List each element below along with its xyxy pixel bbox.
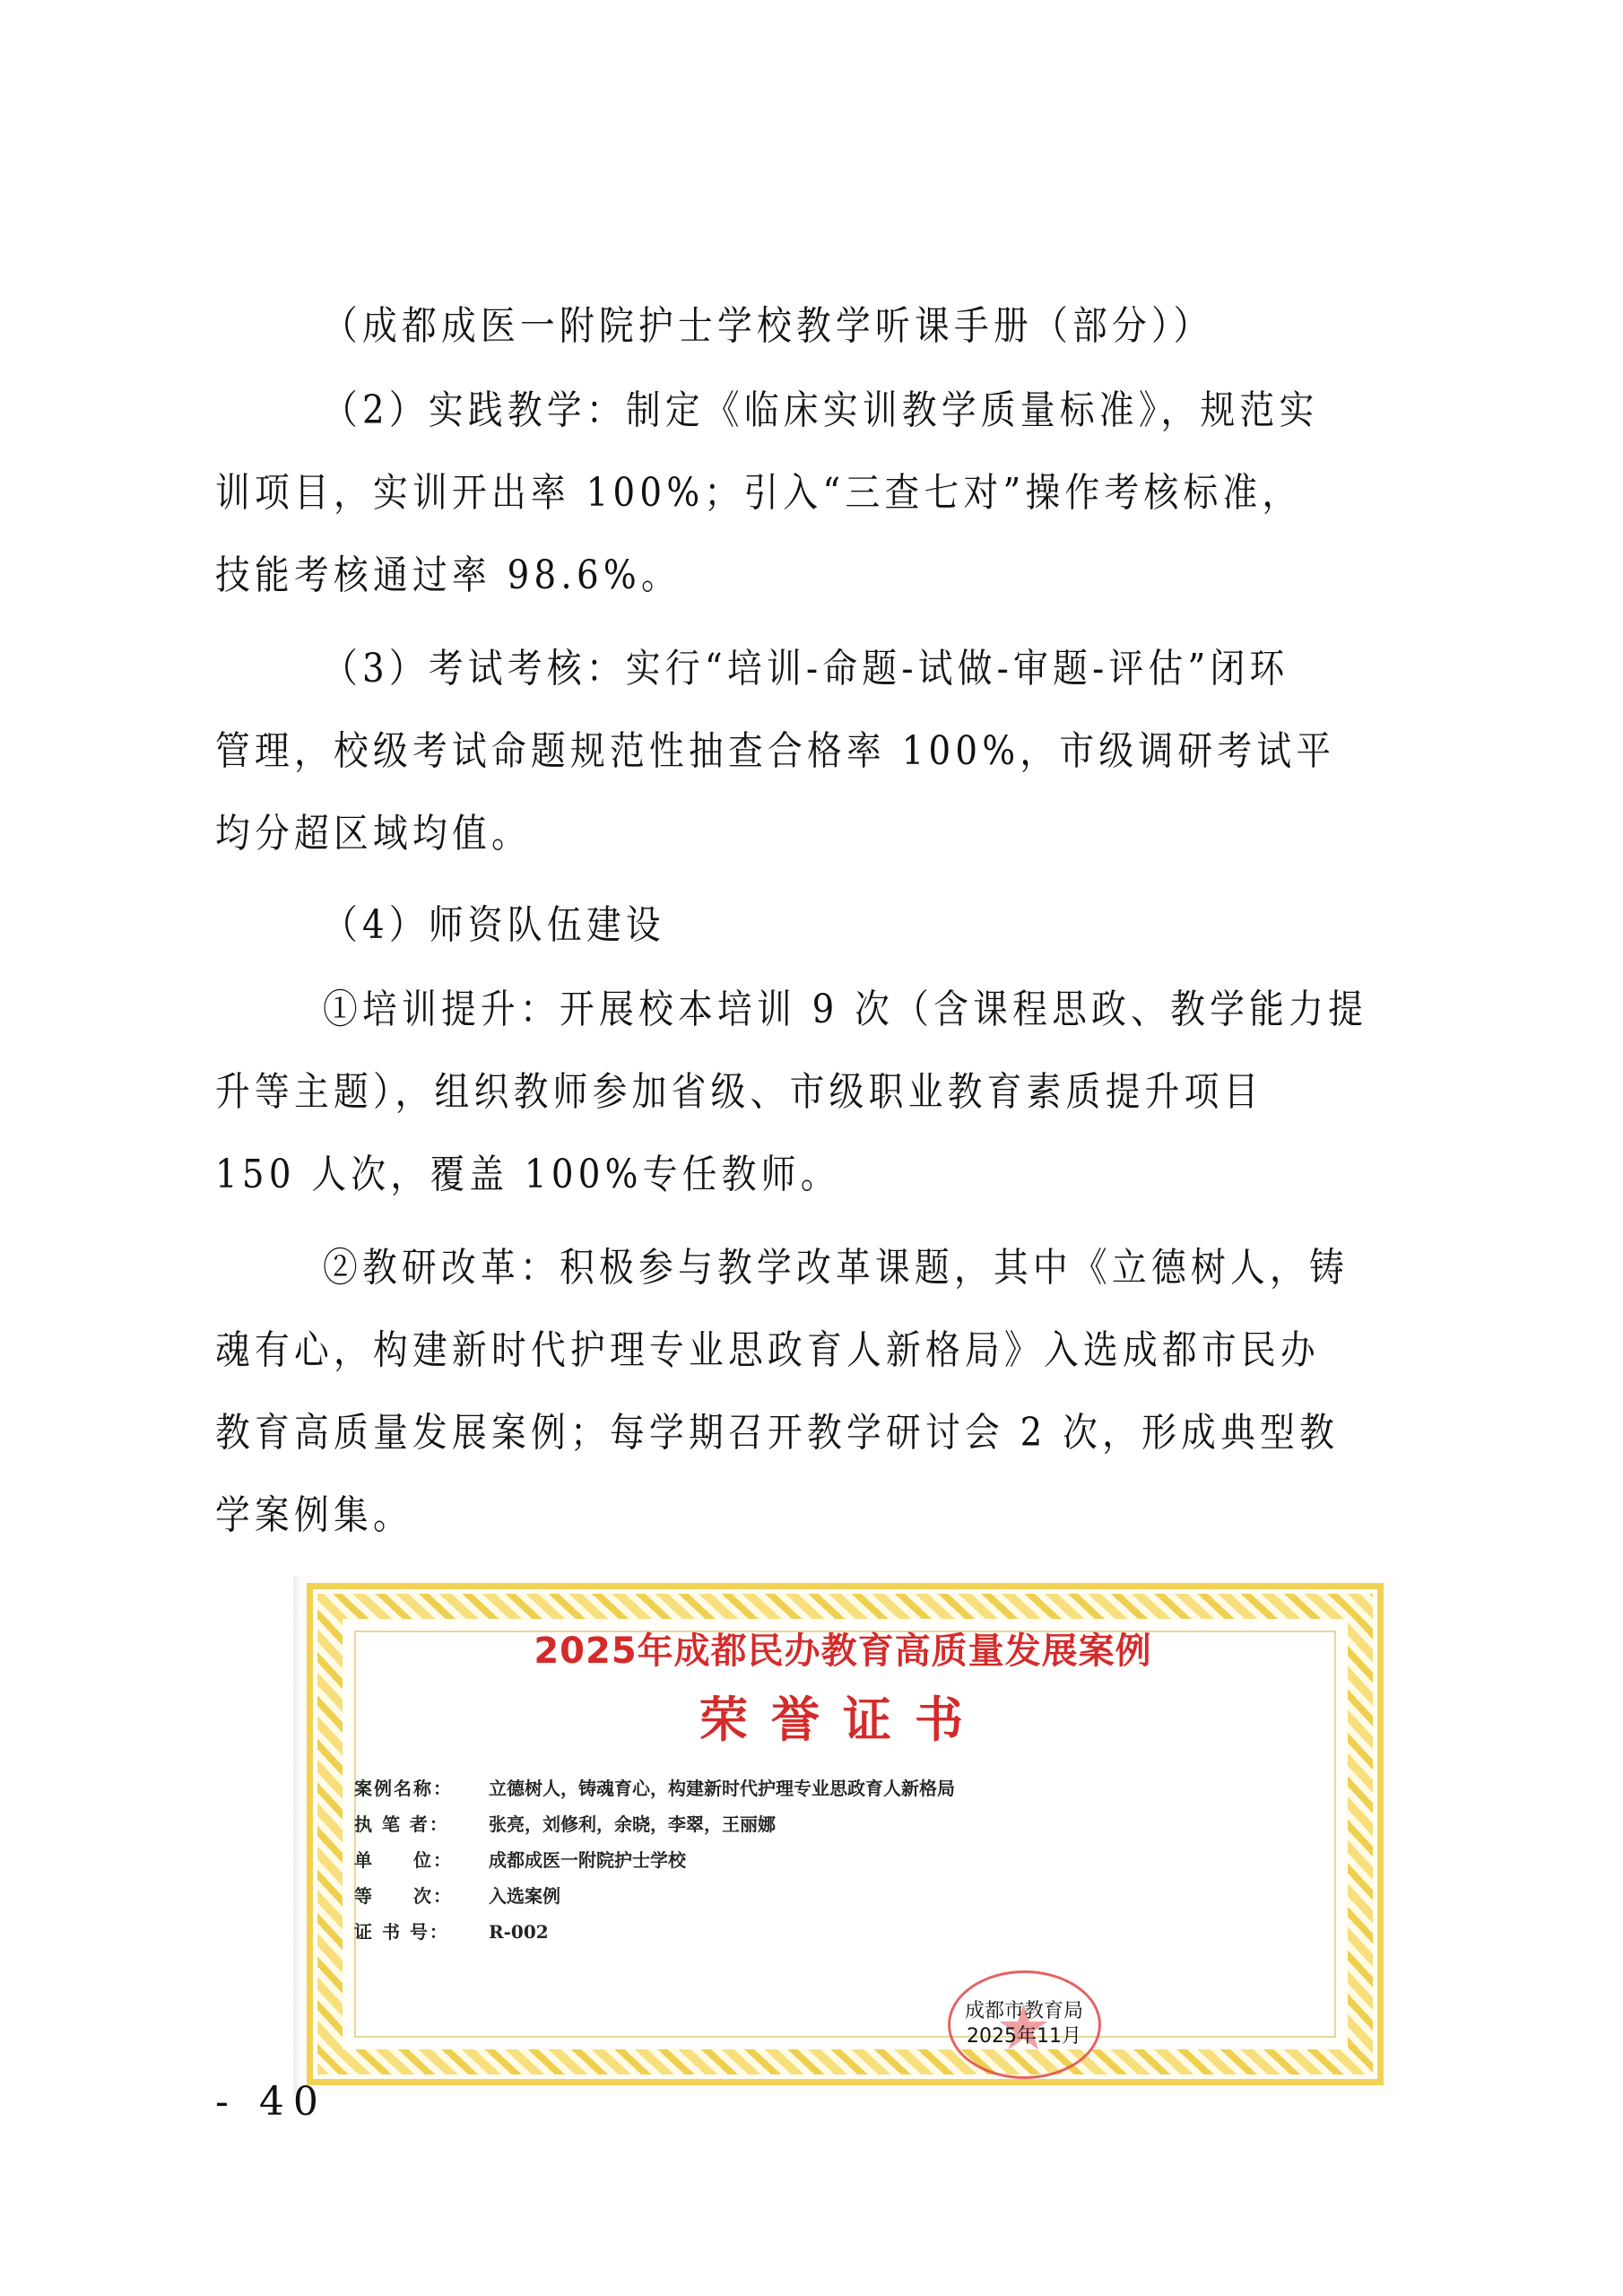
text-line: 教育高质量发展案例；每学期召开教学研讨会 2 次，形成典型教 xyxy=(215,1408,1339,1458)
field-value: 入选案例 xyxy=(489,1885,560,1907)
certificate-heading: 荣誉证书 xyxy=(293,1682,1393,1751)
text-line: 150 人次，覆盖 100%专任教师。 xyxy=(215,1150,840,1200)
text-line: （3）考试考核：实行“培训-命题-试做-审题-评估”闭环 xyxy=(323,644,1289,694)
certificate-fields: 案例名称：立德树人，铸魂育心，构建新时代护理专业思政育人新格局 执 笔 者：张亮… xyxy=(354,1770,955,1950)
field-unit: 单 位：成都成医一附院护士学校 xyxy=(354,1842,955,1878)
text-line: 魂有心，构建新时代护理专业思政育人新格局》入选成都市民办 xyxy=(215,1326,1320,1376)
honor-certificate-image: 2025年成都民办教育高质量发展案例 荣誉证书 案例名称：立德树人，铸魂育心，构… xyxy=(293,1576,1393,2096)
field-label: 案例名称： xyxy=(354,1770,489,1806)
field-rank: 等 次：入选案例 xyxy=(354,1878,955,1914)
field-authors: 执 笔 者：张亮，刘修利，余晓，李翠，王丽娜 xyxy=(354,1806,955,1842)
text-line: 训项目，实训开出率 100%；引入“三查七对”操作考核标准， xyxy=(215,468,1302,518)
text-line: 技能考核通过率 98.6%。 xyxy=(215,551,681,601)
field-label: 证 书 号： xyxy=(354,1914,489,1950)
text-line: ②教研改革：积极参与教学改革课题，其中《立德树人，铸 xyxy=(323,1243,1349,1293)
issue-date: 2025年11月 xyxy=(934,2024,1114,2049)
field-value: 立德树人，铸魂育心，构建新时代护理专业思政育人新格局 xyxy=(489,1778,955,1799)
text-line: 学案例集。 xyxy=(215,1491,412,1541)
text-line: 升等主题），组织教师参加省级、市级职业教育素质提升项目 xyxy=(215,1067,1263,1118)
text-line: ①培训提升：开展校本培训 9 次（含课程思政、教学能力提 xyxy=(323,985,1367,1035)
text-line: 管理，校级考试命题规范性抽查合格率 100%，市级调研考试平 xyxy=(215,726,1335,777)
issuer-block: 成都市教育局 2025年11月 xyxy=(934,1999,1114,2049)
certificate-title: 2025年成都民办教育高质量发展案例 xyxy=(293,1622,1393,1674)
section-heading-faculty: （4）师资队伍建设 xyxy=(323,900,665,951)
page-number: - 40 xyxy=(215,2079,327,2125)
field-value: 张亮，刘修利，余晓，李翠，王丽娜 xyxy=(489,1813,776,1835)
caption: （成都成医一附院护士学校教学听课手册（部分）） xyxy=(323,301,1213,352)
field-value: R-002 xyxy=(489,1921,549,1943)
field-case-name: 案例名称：立德树人，铸魂育心，构建新时代护理专业思政育人新格局 xyxy=(354,1770,955,1806)
field-label: 执 笔 者： xyxy=(354,1806,489,1842)
field-certificate-number: 证 书 号：R-002 xyxy=(354,1914,955,1950)
issuer-name: 成都市教育局 xyxy=(934,1999,1114,2024)
field-value: 成都成医一附院护士学校 xyxy=(489,1849,686,1871)
text-line: 均分超区域均值。 xyxy=(215,809,531,859)
field-label: 等 次： xyxy=(354,1878,489,1914)
field-label: 单 位： xyxy=(354,1842,489,1878)
text-line: （2）实践教学：制定《临床实训教学质量标准》，规范实 xyxy=(323,386,1319,436)
